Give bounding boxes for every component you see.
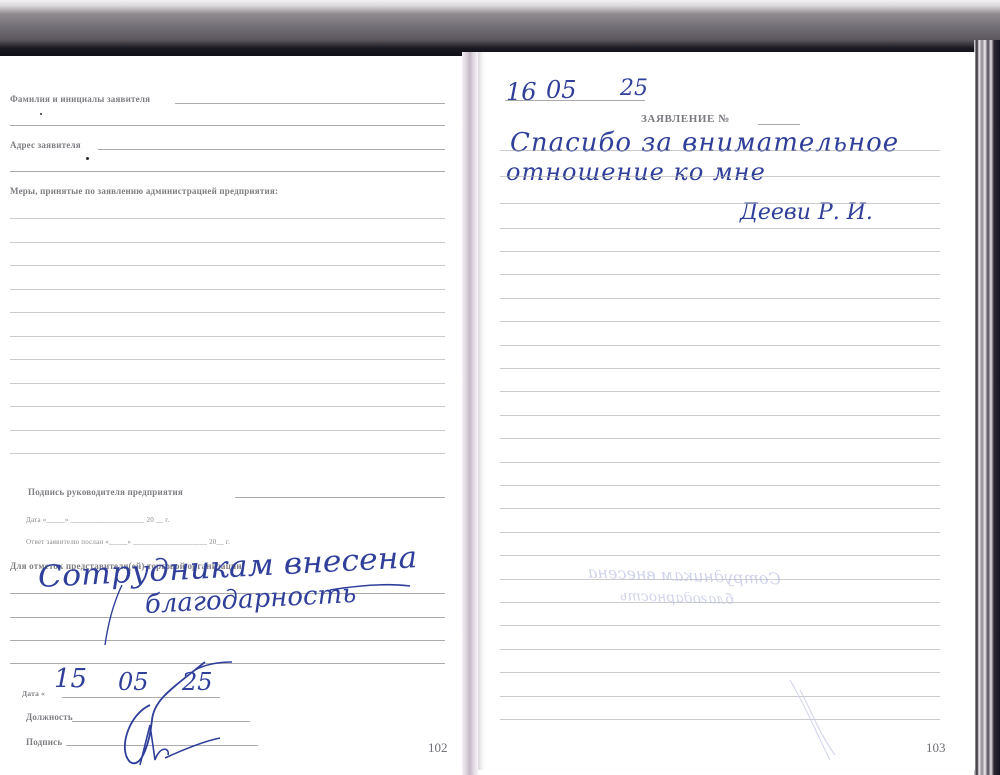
bleed-through-signature: [0, 0, 1000, 775]
page-number-right: 103: [926, 740, 946, 756]
